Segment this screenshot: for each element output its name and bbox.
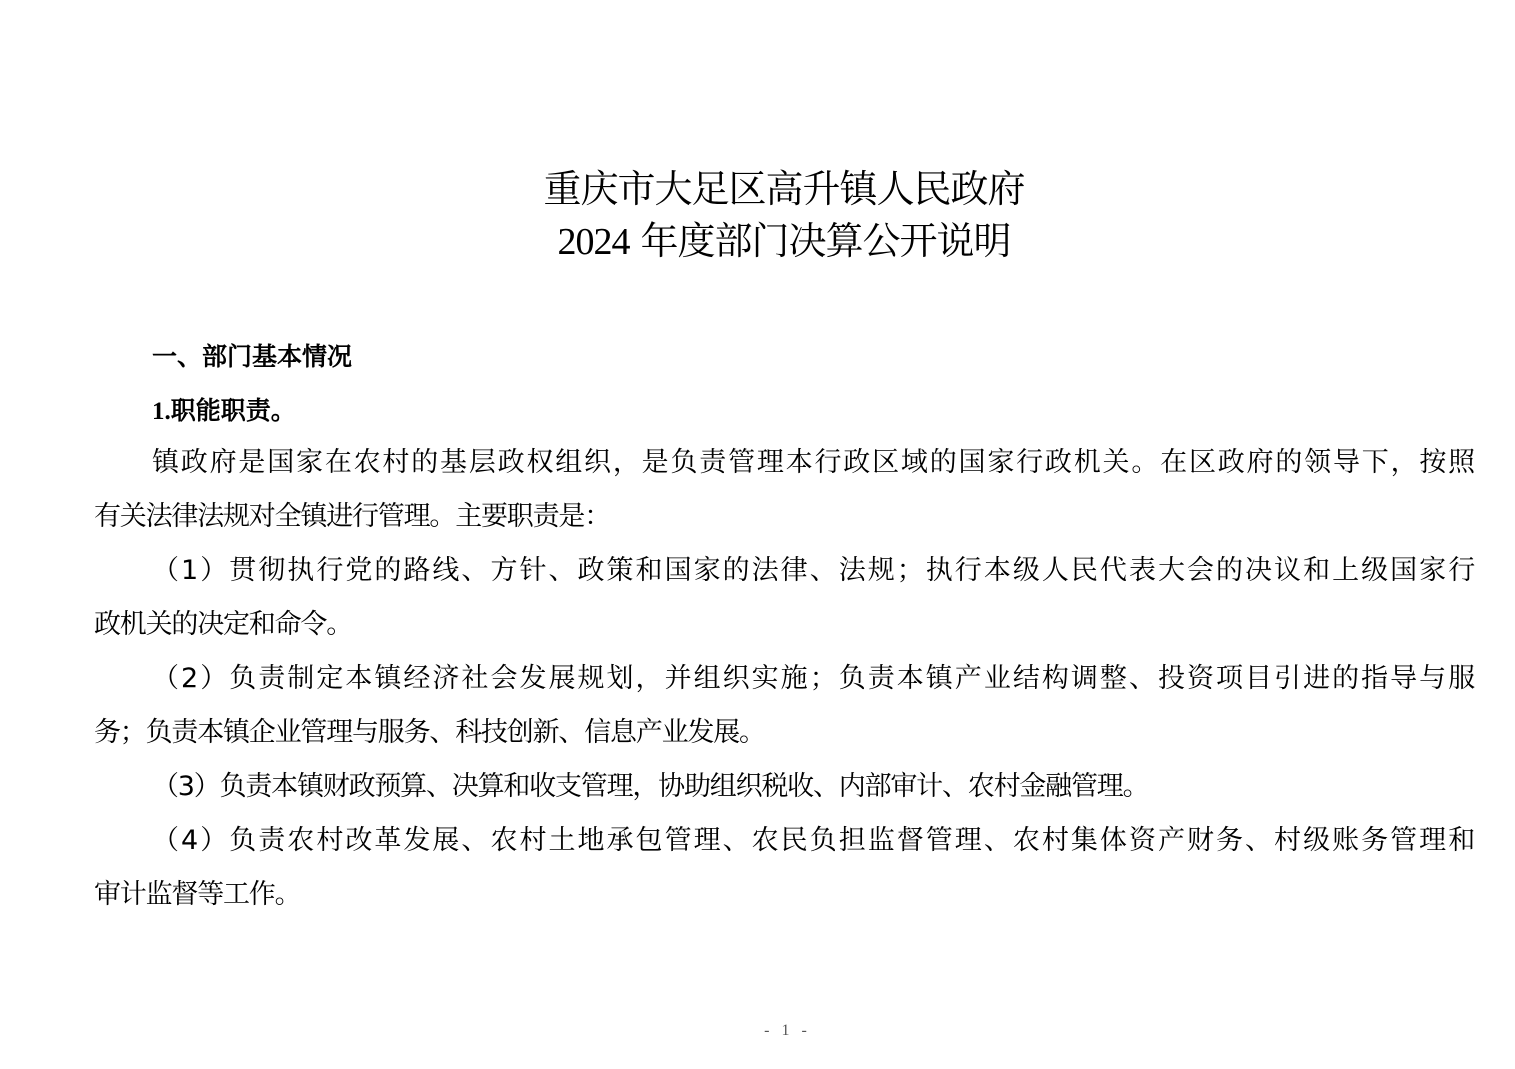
document-page: 重庆市大足区高升镇人民政府 2024 年度部门决算公开说明 一、部门基本情况 1… [0, 0, 1515, 1069]
duty-1-line-1: （1）贯彻执行党的路线、方针、政策和国家的法律、法规；执行本级人民代表大会的决议… [152, 553, 1474, 589]
paragraph-intro-line-1: 镇政府是国家在农村的基层政权组织，是负责管理本行政区域的国家行政机关。在区政府的… [152, 445, 1474, 481]
duty-1-line-2: 政机关的决定和命令。 [94, 607, 352, 643]
title-line-2: 2024 年度部门决算公开说明 [0, 215, 1515, 268]
title-line-1: 重庆市大足区高升镇人民政府 [0, 163, 1515, 215]
subsection-title: 职能职责。 [171, 396, 296, 425]
title-line-2-text: 年度部门决算公开说明 [629, 219, 1010, 263]
page-number: - 1 - [0, 1022, 1515, 1040]
section-heading: 一、部门基本情况 [152, 337, 352, 373]
duty-3-line-1: （3）负责本镇财政预算、决算和收支管理，协助组织税收、内部审计、农村金融管理。 [152, 769, 1148, 805]
duty-4-line-2: 审计监督等工作。 [94, 877, 300, 913]
subsection-number: 1. [152, 398, 171, 425]
duty-2-line-2: 务；负责本镇企业管理与服务、科技创新、信息产业发展。 [94, 715, 765, 751]
duty-4-line-1: （4）负责农村改革发展、农村土地承包管理、农民负担监督管理、农村集体资产财务、村… [152, 823, 1474, 859]
title-year: 2024 [557, 221, 629, 263]
paragraph-intro-line-2: 有关法律法规对全镇进行管理。主要职责是： [94, 499, 610, 535]
subsection-heading: 1.职能职责。 [152, 391, 296, 427]
document-title: 重庆市大足区高升镇人民政府 2024 年度部门决算公开说明 [0, 163, 1515, 268]
duty-2-line-1: （2）负责制定本镇经济社会发展规划，并组织实施；负责本镇产业结构调整、投资项目引… [152, 661, 1474, 697]
